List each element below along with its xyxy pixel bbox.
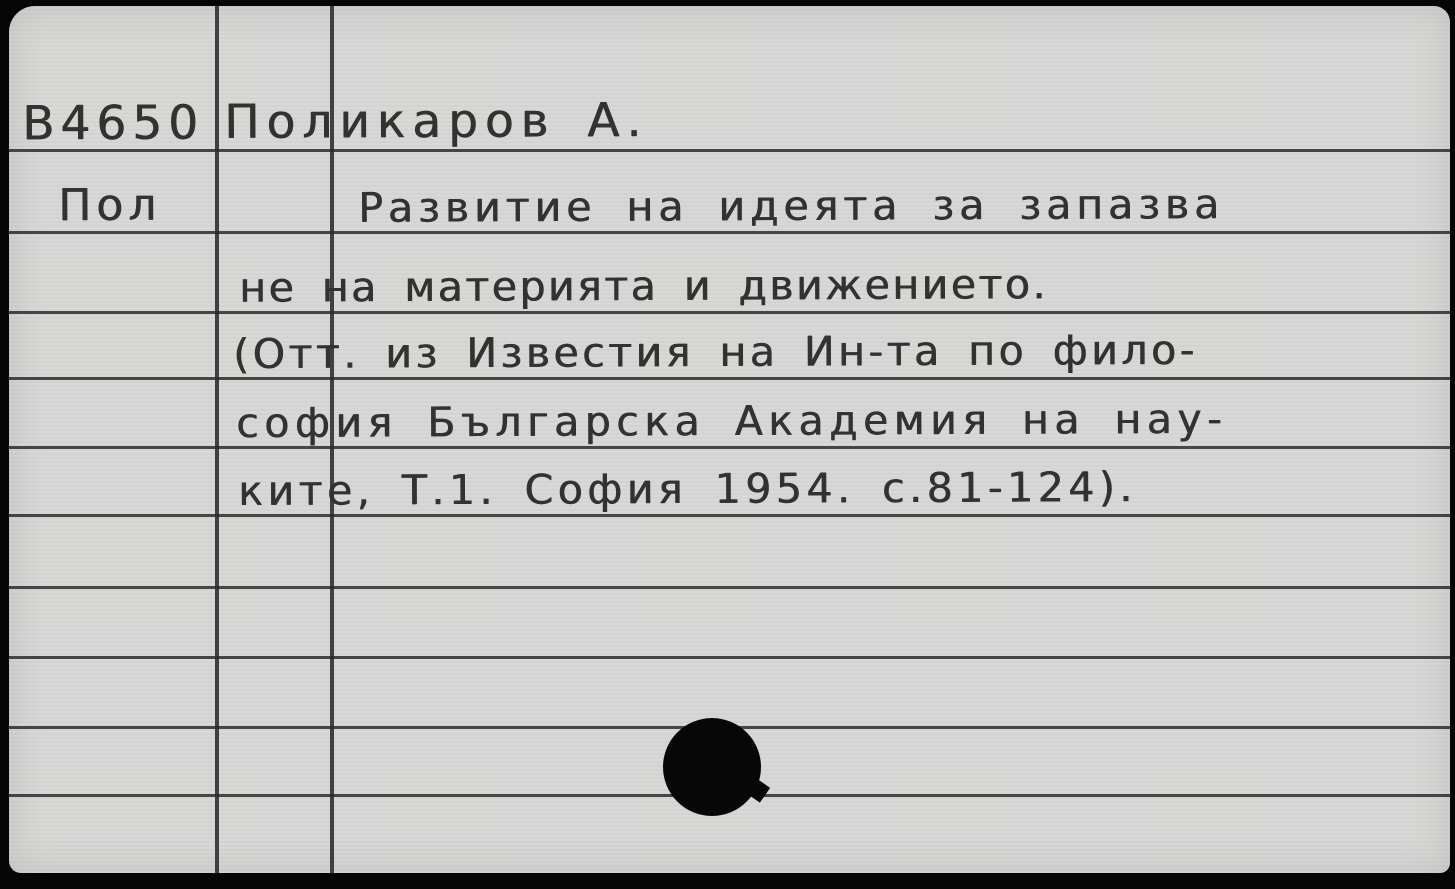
scanned-card-photo: В4650 Пол Поликаров А. Развитие на идеят…	[0, 0, 1455, 889]
author-shelf-mark: Пол	[58, 180, 161, 231]
ruled-line	[9, 311, 1450, 314]
column-divider-call-number	[215, 6, 219, 873]
imprint-line-2: софия Българска Академия на нау-	[236, 395, 1227, 447]
author-line: Поликаров А.	[224, 93, 648, 150]
ruled-line	[9, 231, 1450, 234]
call-number: В4650	[22, 96, 204, 152]
imprint-line-1: (Отт. из Известия на Ин-та по фило-	[233, 326, 1198, 378]
ruled-line	[9, 514, 1450, 517]
title-line-2: не на материята и движението.	[239, 260, 1048, 312]
ruled-line	[9, 656, 1450, 659]
imprint-line-3: ките, Т.1. София 1954. с.81-124).	[238, 463, 1137, 515]
ruled-line	[9, 446, 1450, 449]
ruled-line	[9, 377, 1450, 380]
title-line-1: Развитие на идеята за запазва	[358, 180, 1224, 232]
ruled-line	[9, 586, 1450, 589]
punch-hole	[663, 718, 761, 816]
